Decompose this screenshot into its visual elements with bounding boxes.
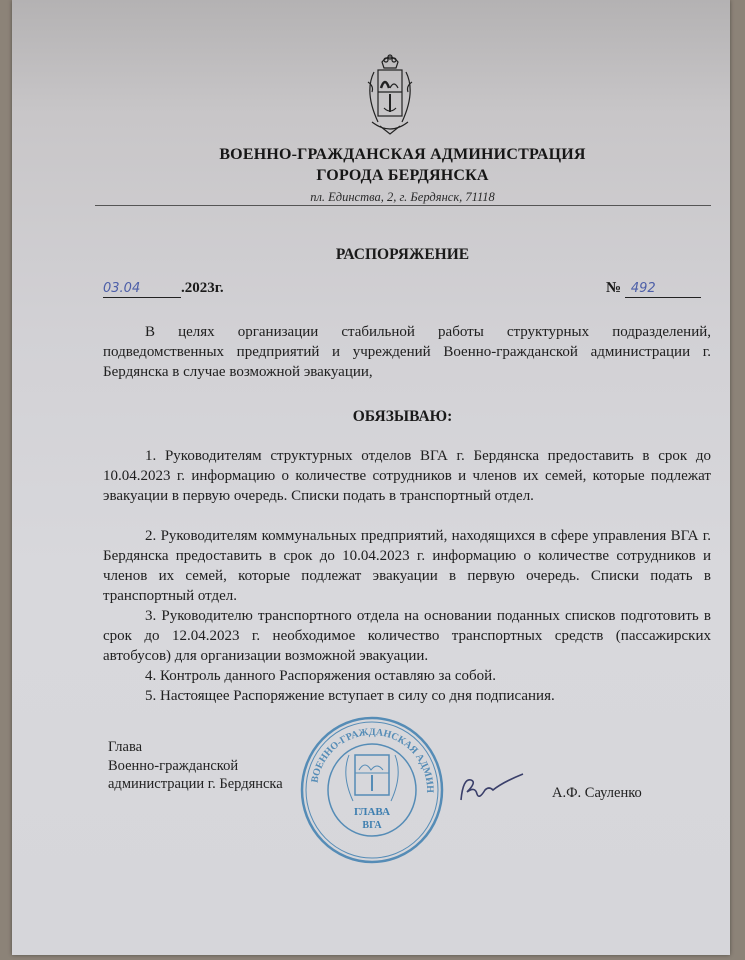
date-blank: 03.04: [103, 280, 181, 298]
preamble-text: В целях организации стабильной работы ст…: [103, 324, 711, 380]
signatory-name: А.Ф. Сауленко: [552, 785, 642, 802]
org-address: пл. Единства, 2, г. Бердянск, 71118: [30, 190, 745, 205]
org-title-line2: ГОРОДА БЕРДЯНСКА: [30, 167, 745, 185]
official-stamp-icon: ВОЕННО-ГРАЖДАНСКАЯ АДМИНИСТРАЦИЯ • ГОРОД…: [297, 715, 447, 865]
directive-item-3: 3. Руководителю транспортного отдела на …: [103, 606, 711, 666]
directive-item-4: 4. Контроль данного Распоряжения оставля…: [103, 666, 711, 686]
handwritten-date: 03.04: [103, 281, 140, 296]
signatory-title: Глава Военно-гражданской администрации г…: [108, 738, 283, 794]
directive-item-text: 5. Настоящее Распоряжение вступает в сил…: [145, 688, 555, 704]
directive-item-text: 1. Руководителям структурных отделов ВГА…: [103, 448, 711, 504]
signatory-title-line1: Глава: [108, 738, 283, 757]
stamp-center-line1: ГЛАВА: [354, 806, 390, 818]
org-title-line1: ВОЕННО-ГРАЖДАНСКАЯ АДМИНИСТРАЦИЯ: [30, 146, 745, 164]
document-date: 03.04.2023г.: [103, 280, 224, 298]
signatory-title-line2: Военно-гражданской: [108, 757, 283, 776]
city-coat-of-arms-icon: [360, 52, 420, 142]
header-divider: [95, 205, 711, 206]
number-label: №: [606, 280, 621, 296]
preamble-paragraph: В целях организации стабильной работы ст…: [103, 322, 711, 382]
directive-item-text: 3. Руководителю транспортного отдела на …: [103, 608, 711, 664]
stamp-center-line2: ВГА: [362, 820, 382, 831]
document-type: РАСПОРЯЖЕНИЕ: [0, 246, 745, 264]
directive-item-text: 2. Руководителям коммунальных предприяти…: [103, 528, 711, 604]
svg-text:ВОЕННО-ГРАЖДАНСКАЯ АДМИНИСТРАЦ: ВОЕННО-ГРАЖДАНСКАЯ АДМИНИСТРАЦИЯ • ГОРОД…: [297, 715, 435, 793]
handwritten-signature: [455, 770, 535, 810]
handwritten-number: 492: [631, 281, 656, 296]
signatory-title-line3: администрации г. Бердянска: [108, 775, 283, 794]
directive-item-2: 2. Руководителям коммунальных предприяти…: [103, 526, 711, 606]
directive-item-5: 5. Настоящее Распоряжение вступает в сил…: [103, 686, 711, 706]
number-blank: 492: [625, 280, 701, 298]
document-number: № 492: [606, 280, 701, 298]
directive-heading: ОБЯЗЫВАЮ:: [0, 408, 745, 426]
directive-item-text: 4. Контроль данного Распоряжения оставля…: [145, 668, 496, 684]
directive-item-1: 1. Руководителям структурных отделов ВГА…: [103, 446, 711, 506]
date-year: .2023г.: [181, 280, 224, 296]
